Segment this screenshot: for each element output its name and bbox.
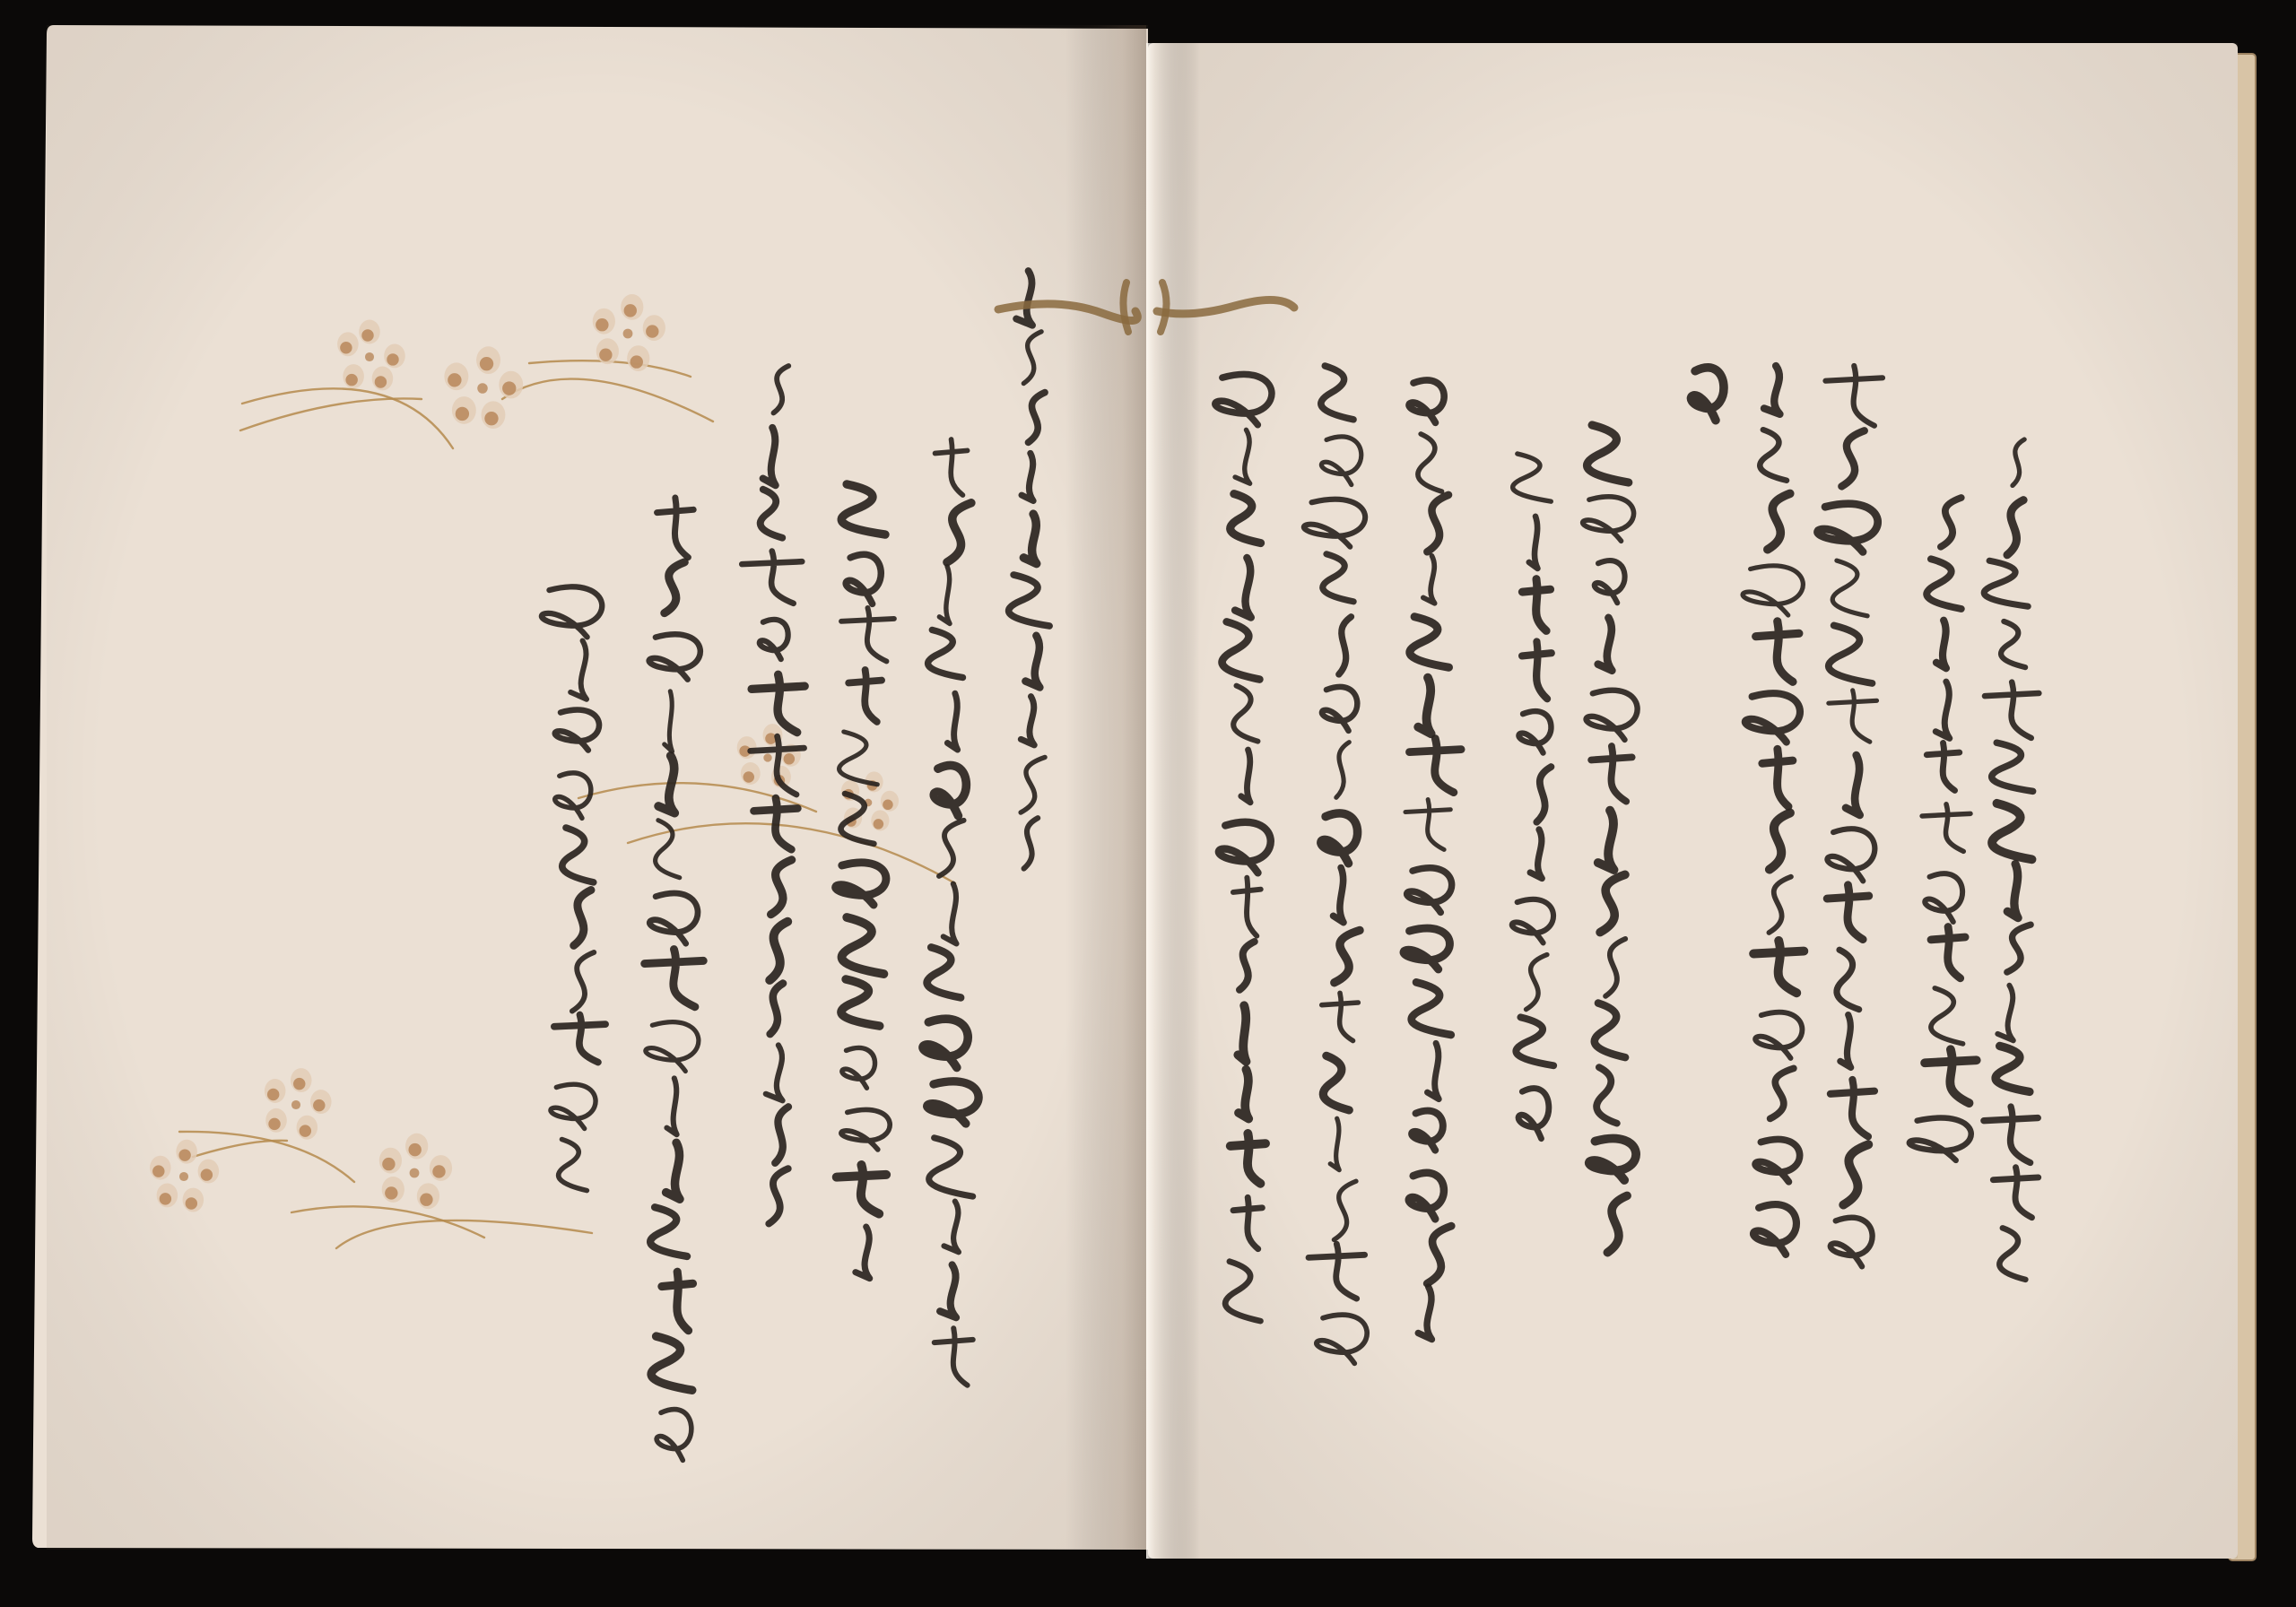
left-page-shading [47, 25, 1148, 1550]
open-book [32, 25, 2256, 1560]
spine-highlight [1146, 43, 1200, 1559]
manuscript-photo [0, 0, 2296, 1607]
right-page-shading [1148, 43, 2238, 1559]
spine-shadow [1065, 25, 1146, 1550]
